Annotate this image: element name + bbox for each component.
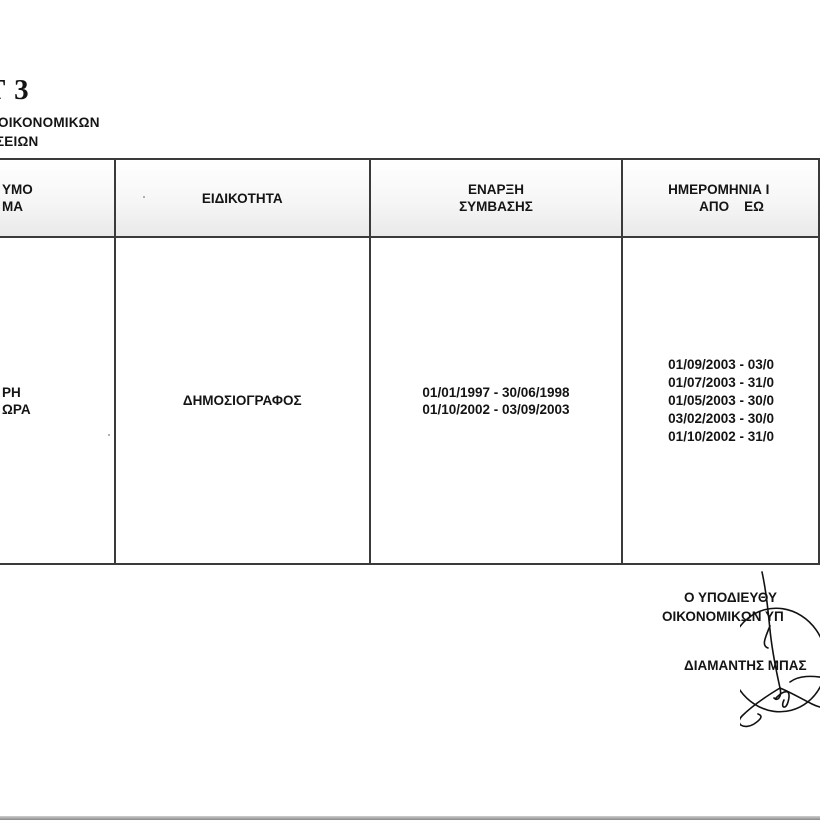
signature-block: Ο ΥΠΟΔΙΕΥΘΥ ΟΙΚΟΝΟΜΙΚΩΝ ΥΠ ΔΙΑΜΑΝΤΗΣ ΜΠΑ… (662, 588, 820, 675)
header-name: ΥΜΟ ΜΑ (0, 159, 115, 237)
cell-specialty-value: ΔΗΜΟΣΙΟΓΡΑΦΟΣ (116, 392, 369, 409)
date-range-2: 01/07/2003 - 31/0 (668, 374, 818, 392)
header-specialty-label: ΕΙΔΙΚΟΤΗΤΑ (116, 190, 369, 207)
contract-period-1: 01/01/1997 - 30/06/1998 (371, 384, 621, 401)
cell-name-line-2: ΩΡΑ (2, 401, 114, 418)
header-contract-start: ΕΝΑΡΞΗ ΣΥΜΒΑΣΗΣ (370, 159, 622, 237)
scanned-document-page: Τ 3 ΟΙΚΟΝΟΜΙΚΩΝ ΣΕΙΩΝ ΥΜΟ ΜΑ ΕΙΔΙΚΟΤΗΤΑ … (0, 0, 820, 820)
date-range-5: 01/10/2002 - 31/0 (668, 428, 818, 446)
scan-bottom-edge (0, 816, 820, 820)
signatory-name: ΔΙΑΜΑΝΤΗΣ ΜΠΑΣ (684, 656, 820, 675)
date-range-3: 01/05/2003 - 30/0 (668, 392, 818, 410)
header-specialty: ΕΙΔΙΚΟΤΗΤΑ (115, 159, 370, 237)
header-name-line-2: ΜΑ (0, 198, 114, 215)
employment-table-container: ΥΜΟ ΜΑ ΕΙΔΙΚΟΤΗΤΑ ΕΝΑΡΞΗ ΣΥΜΒΑΣΗΣ ΗΜΕΡΟΜ… (0, 158, 820, 565)
table-row: ΡΗ ΩΡΑ ΔΗΜΟΣΙΟΓΡΑΦΟΣ 01/01/1997 - 30/06/… (0, 237, 819, 564)
header-date-range-line-2: ΑΠΟ ΕΩ (668, 198, 818, 215)
header-date-range: ΗΜΕΡΟΜΗΝΙΑ Ι ΑΠΟ ΕΩ (622, 159, 819, 237)
cell-name: ΡΗ ΩΡΑ (0, 237, 115, 564)
cell-specialty: ΔΗΜΟΣΙΟΓΡΑΦΟΣ (115, 237, 370, 564)
signatory-title-line-2: ΟΙΚΟΝΟΜΙΚΩΝ ΥΠ (662, 607, 820, 626)
date-range-1: 01/09/2003 - 03/0 (668, 356, 818, 374)
table-header-row: ΥΜΟ ΜΑ ΕΙΔΙΚΟΤΗΤΑ ΕΝΑΡΞΗ ΣΥΜΒΑΣΗΣ ΗΜΕΡΟΜ… (0, 159, 819, 237)
document-subtitle-line-1: ΟΙΚΟΝΟΜΙΚΩΝ (0, 115, 100, 130)
employment-table: ΥΜΟ ΜΑ ΕΙΔΙΚΟΤΗΤΑ ΕΝΑΡΞΗ ΣΥΜΒΑΣΗΣ ΗΜΕΡΟΜ… (0, 158, 820, 565)
contract-period-2: 01/10/2002 - 03/09/2003 (371, 401, 621, 418)
cell-name-line-1: ΡΗ (2, 384, 114, 401)
signatory-title-line-1: Ο ΥΠΟΔΙΕΥΘΥ (684, 588, 820, 607)
document-subtitle-line-2: ΣΕΙΩΝ (0, 134, 38, 149)
header-name-line-1: ΥΜΟ (0, 181, 114, 198)
scan-speck (143, 196, 145, 198)
date-range-4: 03/02/2003 - 30/0 (668, 410, 818, 428)
header-contract-start-line-2: ΣΥΜΒΑΣΗΣ (371, 198, 621, 215)
header-date-range-line-1: ΗΜΕΡΟΜΗΝΙΑ Ι (668, 181, 818, 198)
cell-date-range: 01/09/2003 - 03/0 01/07/2003 - 31/0 01/0… (622, 237, 819, 564)
document-title-fragment: Τ 3 (0, 74, 30, 107)
header-contract-start-line-1: ΕΝΑΡΞΗ (371, 181, 621, 198)
scan-speck (108, 434, 110, 436)
cell-contract-start: 01/01/1997 - 30/06/1998 01/10/2002 - 03/… (370, 237, 622, 564)
